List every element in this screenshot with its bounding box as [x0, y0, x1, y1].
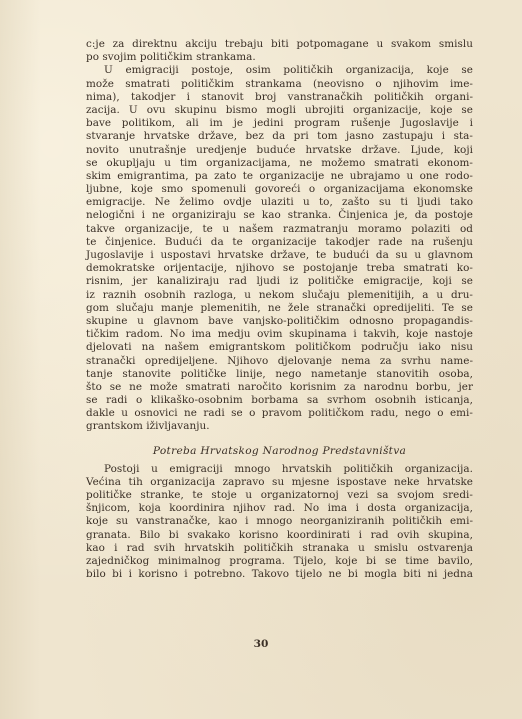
text-line: nima), takodjer i stanovit broj vanstran…	[86, 91, 473, 104]
text-line: šnjicom, koja koordinira njihov rad. No …	[86, 502, 473, 515]
text-line: gom slučaju manje plemenitih, ne žele st…	[86, 302, 473, 315]
text-line: emigracije. Ne želimo ovdje ulaziti u to…	[86, 196, 473, 209]
text-line: stranački opredijeljene. Njihovo djelova…	[86, 355, 473, 368]
text-line: bave politikom, ali im je jedini program…	[86, 117, 473, 130]
paragraph-2: U emigraciji postoje, osim političkih or…	[86, 64, 473, 433]
text-line: Jugoslavije i uspostavi hrvatske države,…	[86, 249, 473, 262]
text-line: ljubne, koje smo spomenuli govoreći o or…	[86, 183, 473, 196]
text-line: grantskom iživljavanju.	[86, 420, 473, 433]
text-line: se okupljaju u tim organizacijama, ne mo…	[86, 157, 473, 170]
text-line: Postoji u emigraciji mnogo hrvatskih pol…	[86, 463, 473, 476]
page-edge-shadow	[0, 0, 40, 719]
text-line: zacija. U ovu skupinu bismo mogli ubroji…	[86, 104, 473, 117]
text-line: skupine u glavnom bave vanjsko-politički…	[86, 315, 473, 328]
text-line: nelogični i ne organiziraju se kao stran…	[86, 209, 473, 222]
text-line: se radi o klikaško-osobnim borbama sa sv…	[86, 394, 473, 407]
text-line: može smatrati političkim strankama (neov…	[86, 78, 473, 91]
text-line: političke stranke, te stoje u organizato…	[86, 489, 473, 502]
text-line: dakle u osnovici ne radi se o pravom pol…	[86, 407, 473, 420]
text-line: zajedničkog minimalnog programa. Tijelo,…	[86, 555, 473, 568]
text-column: c:je za direktnu akciju trebaju biti pot…	[86, 38, 473, 581]
text-line: iz raznih osobnih razloga, u nekom sluča…	[86, 289, 473, 302]
text-line: granata. Bilo bi svakako korisno koordin…	[86, 529, 473, 542]
section-heading: Potreba Hrvatskog Narodnog Predstavništv…	[86, 443, 473, 459]
page-number: 30	[0, 638, 522, 650]
text-line: demokratske orijentacije, njihovo se pos…	[86, 262, 473, 275]
text-line: te činjenice. Budući da te organizacije …	[86, 236, 473, 249]
text-line: stvaranje hrvatske države, bez da pri to…	[86, 130, 473, 143]
text-line: kao i rad svih hrvatskih političkih stra…	[86, 542, 473, 555]
text-line: što se ne može smatrati naročito korisni…	[86, 381, 473, 394]
text-line: risnim, jer kanaliziraju rad ljudi iz po…	[86, 275, 473, 288]
text-line: koje su vanstranačke, kao i mnogo neorga…	[86, 515, 473, 528]
scanned-book-page: c:je za direktnu akciju trebaju biti pot…	[0, 0, 522, 719]
text-line: tanje stanovite političke linije, nego n…	[86, 368, 473, 381]
paragraph-1: c:je za direktnu akciju trebaju biti pot…	[86, 38, 473, 64]
text-line: po svojim političkim strankama.	[86, 51, 473, 64]
text-line: djelovati na našem emigrantskom političk…	[86, 341, 473, 354]
text-line: c:je za direktnu akciju trebaju biti pot…	[86, 38, 473, 51]
text-line: bilo bi i korisno i potrebno. Takovo tij…	[86, 568, 473, 581]
text-line: Većina tih organizacija zapravo su mjesn…	[86, 476, 473, 489]
text-line: takve organizacije, te u našem razmatran…	[86, 223, 473, 236]
text-line: novito unutrašnje uredjenje buduće hrvat…	[86, 144, 473, 157]
text-line: skim emigrantima, pa zato te organizacij…	[86, 170, 473, 183]
text-line: tičkim radom. No ima medju ovim skupinam…	[86, 328, 473, 341]
paragraph-3: Postoji u emigraciji mnogo hrvatskih pol…	[86, 463, 473, 582]
text-line: U emigraciji postoje, osim političkih or…	[86, 64, 473, 77]
